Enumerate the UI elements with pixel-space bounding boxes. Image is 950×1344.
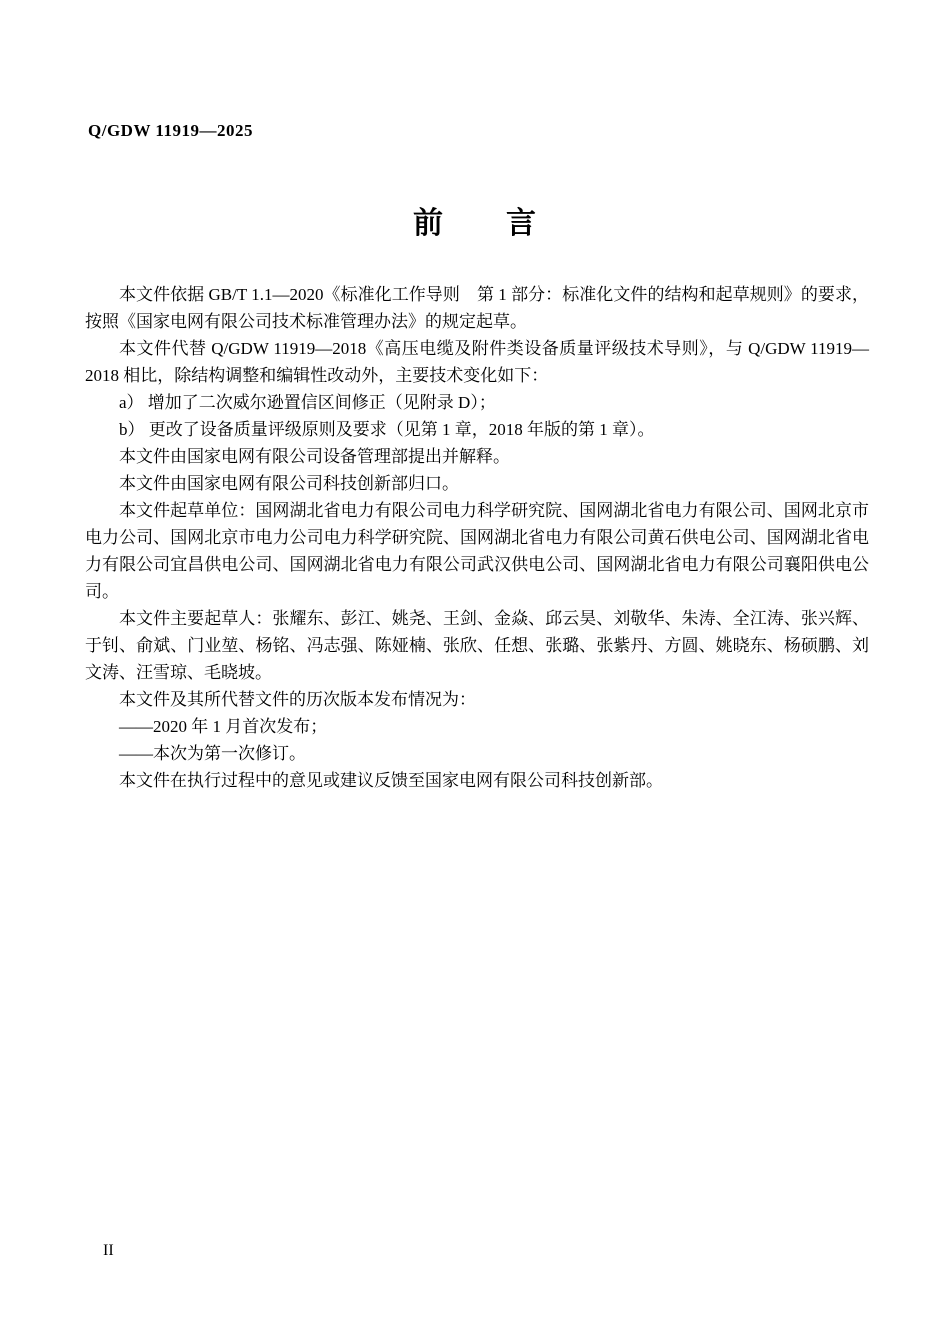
paragraph-replaces: 本文件代替 Q/GDW 11919—2018《高压电缆及附件类设备质量评级技术导… (85, 335, 869, 389)
version-history-item-first-revision: ——本次为第一次修订。 (85, 740, 869, 767)
foreword-content: 本文件依据 GB/T 1.1—2020《标准化工作导则 第 1 部分：标准化文件… (85, 281, 869, 794)
version-history-item-first-release: ——2020 年 1 月首次发布； (85, 713, 869, 740)
paragraph-drafters: 本文件主要起草人：张耀东、彭江、姚尧、王剑、金焱、邱云昊、刘敬华、朱涛、全江涛、… (85, 605, 869, 686)
paragraph-proposed-by: 本文件由国家电网有限公司设备管理部提出并解释。 (85, 443, 869, 470)
list-item-a: a） 增加了二次威尔逊置信区间修正（见附录 D）； (85, 389, 869, 416)
page-number: II (103, 1242, 114, 1260)
paragraph-version-history-intro: 本文件及其所代替文件的历次版本发布情况为： (85, 686, 869, 713)
list-item-b: b） 更改了设备质量评级原则及要求（见第 1 章，2018 年版的第 1 章）。 (85, 416, 869, 443)
paragraph-feedback: 本文件在执行过程中的意见或建议反馈至国家电网有限公司科技创新部。 (85, 767, 869, 794)
paragraph-drafting-organizations: 本文件起草单位：国网湖北省电力有限公司电力科学研究院、国网湖北省电力有限公司、国… (85, 497, 869, 605)
page-title: 前 言 (0, 198, 950, 242)
paragraph-managed-by: 本文件由国家电网有限公司科技创新部归口。 (85, 470, 869, 497)
paragraph-basis: 本文件依据 GB/T 1.1—2020《标准化工作导则 第 1 部分：标准化文件… (85, 281, 869, 335)
document-page: Q/GDW 11919—2025 前 言 本文件依据 GB/T 1.1—2020… (0, 0, 950, 1344)
document-code: Q/GDW 11919—2025 (88, 121, 253, 141)
